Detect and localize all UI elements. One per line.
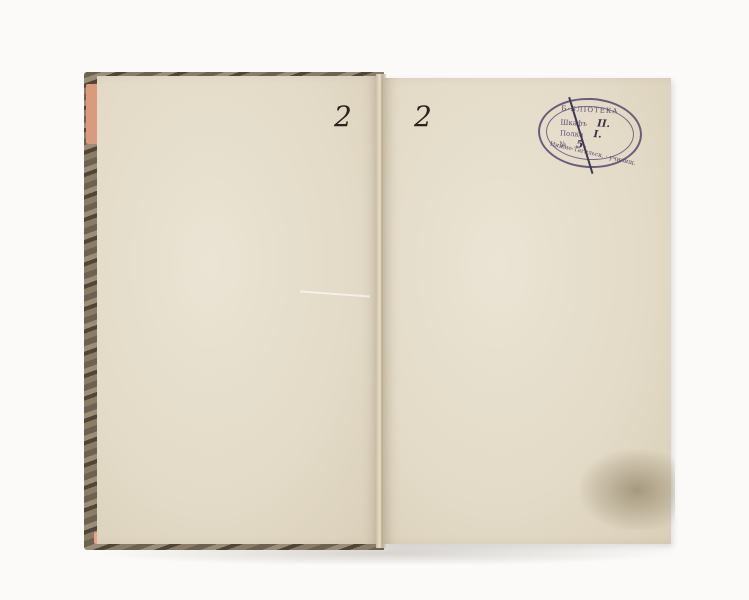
left-page-number: 2 xyxy=(334,100,352,133)
foxing-stain xyxy=(580,450,675,530)
left-page xyxy=(97,76,379,544)
stamp-shelf-label: Шкафъ xyxy=(560,118,587,127)
right-page-number: 2 xyxy=(414,100,432,133)
stamp-row-value: I. xyxy=(593,129,602,140)
stamp-shelf-value: II. xyxy=(597,118,610,130)
